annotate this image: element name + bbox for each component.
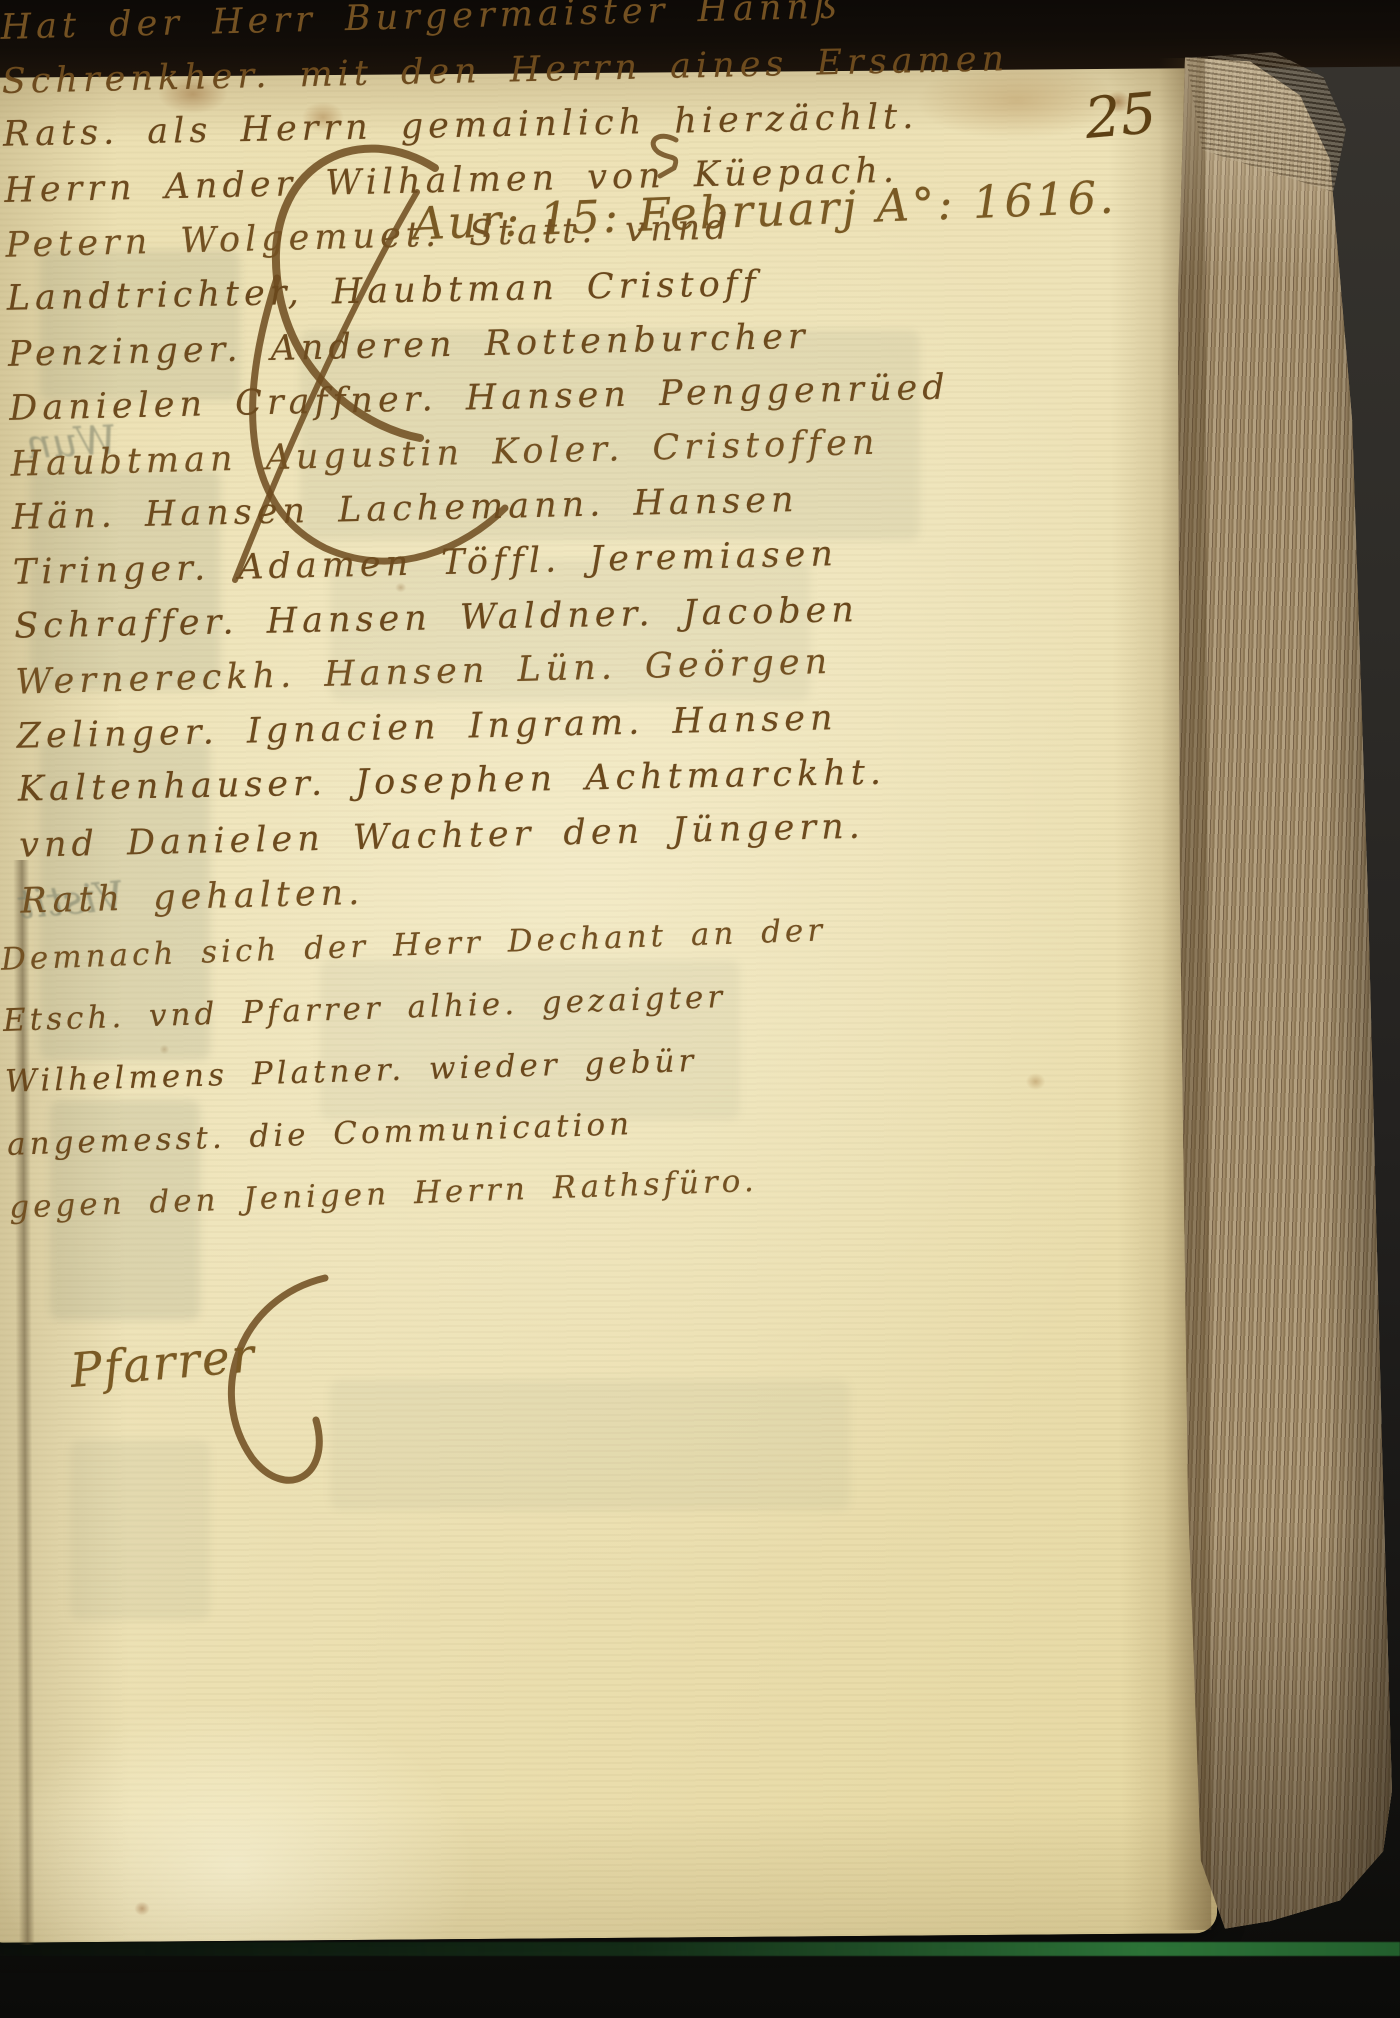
bleedthrough-streak bbox=[70, 1440, 210, 1620]
bleedthrough-streak bbox=[330, 1380, 850, 1510]
entry-block: Demnach sich der Herr Dechant an derEtsc… bbox=[0, 882, 1400, 1238]
manuscript-photo: Wun Vistit 25 Aur: 15: Februarj A°: 1616… bbox=[0, 0, 1400, 2018]
entry-block: Hat der Herr Burgermaister HannßSchrenkh… bbox=[0, 0, 1400, 928]
table-green-stripe bbox=[0, 1942, 1400, 1956]
